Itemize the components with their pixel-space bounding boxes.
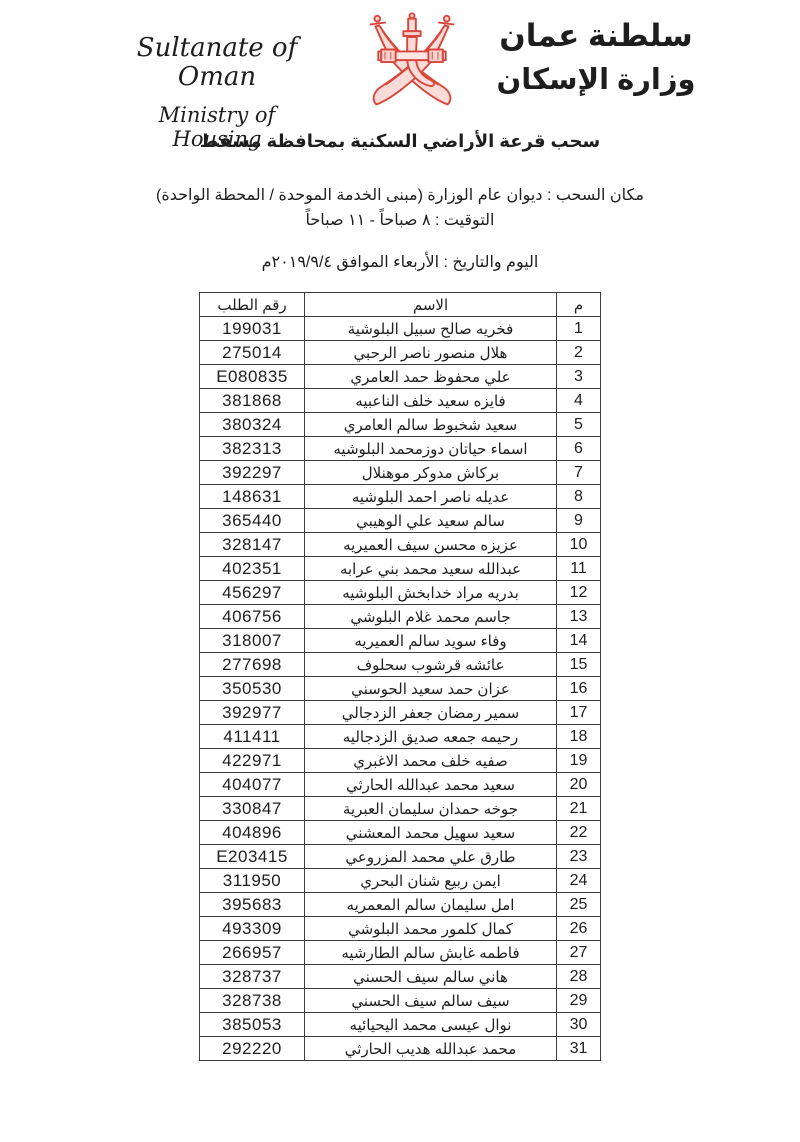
table-row: 4فايزه سعيد خلف الناعبيه381868: [200, 389, 601, 413]
serial-cell: 11: [557, 557, 601, 581]
name-cell: محمد عبدالله هديب الحارثي: [305, 1037, 557, 1061]
name-cell: فاطمه غابش سالم الطارشيه: [305, 941, 557, 965]
serial-cell: 25: [557, 893, 601, 917]
table-row: 30نوال عيسى محمد اليحيائيه385053: [200, 1013, 601, 1037]
serial-cell: 20: [557, 773, 601, 797]
request-number-cell: 275014: [200, 341, 305, 365]
name-cell: اسماء حياتان دوزمحمد البلوشيه: [305, 437, 557, 461]
request-number-cell: 328738: [200, 989, 305, 1013]
serial-cell: 29: [557, 989, 601, 1013]
draw-time-line: التوقيت : ٨ صباحاً - ١١ صباحاً: [0, 209, 800, 234]
serial-cell: 10: [557, 533, 601, 557]
serial-cell: 17: [557, 701, 601, 725]
request-number-cell: 350530: [200, 677, 305, 701]
request-number-cell: 328147: [200, 533, 305, 557]
arabic-header: سلطنة عمان وزارة الإسكان: [478, 18, 714, 97]
serial-cell: 9: [557, 509, 601, 533]
request-number-cell: 380324: [200, 413, 305, 437]
request-number-cell: 311950: [200, 869, 305, 893]
arabic-ministry-title: وزارة الإسكان: [478, 62, 714, 97]
table-row: 12بدريه مراد خدابخش البلوشيه456297: [200, 581, 601, 605]
name-cell: سالم سعيد علي الوهيبي: [305, 509, 557, 533]
serial-cell: 19: [557, 749, 601, 773]
table-header-row: م الاسم رقم الطلب: [200, 293, 601, 317]
request-number-cell: 402351: [200, 557, 305, 581]
table-row: 31محمد عبدالله هديب الحارثي292220: [200, 1037, 601, 1061]
serial-cell: 8: [557, 485, 601, 509]
request-number-column-header: رقم الطلب: [200, 293, 305, 317]
request-number-cell: 392297: [200, 461, 305, 485]
table-row: 21جوخه حمدان سليمان العبرية330847: [200, 797, 601, 821]
table-row: 17سمير رمضان جعفر الزدجالي392977: [200, 701, 601, 725]
applicants-table: م الاسم رقم الطلب 1فخريه صالح سبيل البلو…: [199, 292, 601, 1061]
draw-location-line: مكان السحب : ديوان عام الوزارة (مبنى الخ…: [0, 184, 800, 209]
name-column-header: الاسم: [305, 293, 557, 317]
serial-cell: 15: [557, 653, 601, 677]
name-cell: سعيد سهيل محمد المعشني: [305, 821, 557, 845]
table-row: 6اسماء حياتان دوزمحمد البلوشيه382313: [200, 437, 601, 461]
name-cell: فخريه صالح سبيل البلوشية: [305, 317, 557, 341]
serial-cell: 1: [557, 317, 601, 341]
table-row: 23طارق علي محمد المزروعيE203415: [200, 845, 601, 869]
name-cell: هاني سالم سيف الحسني: [305, 965, 557, 989]
serial-cell: 18: [557, 725, 601, 749]
serial-cell: 13: [557, 605, 601, 629]
name-cell: عزان حمد سعيد الحوسني: [305, 677, 557, 701]
serial-cell: 23: [557, 845, 601, 869]
table-row: 26كمال كلمور محمد البلوشي493309: [200, 917, 601, 941]
table-row: 29سيف سالم سيف الحسني328738: [200, 989, 601, 1013]
serial-cell: 26: [557, 917, 601, 941]
serial-cell: 16: [557, 677, 601, 701]
serial-cell: 31: [557, 1037, 601, 1061]
table-row: 27فاطمه غابش سالم الطارشيه266957: [200, 941, 601, 965]
request-number-cell: 493309: [200, 917, 305, 941]
request-number-cell: 318007: [200, 629, 305, 653]
serial-cell: 5: [557, 413, 601, 437]
request-number-cell: 381868: [200, 389, 305, 413]
name-cell: جاسم محمد غلام البلوشي: [305, 605, 557, 629]
name-cell: طارق علي محمد المزروعي: [305, 845, 557, 869]
name-cell: فايزه سعيد خلف الناعبيه: [305, 389, 557, 413]
serial-cell: 27: [557, 941, 601, 965]
name-cell: بركاش مدوكر موهنلال: [305, 461, 557, 485]
name-cell: سعيد شخبوط سالم العامري: [305, 413, 557, 437]
name-cell: وفاء سويد سالم العميريه: [305, 629, 557, 653]
serial-column-header: م: [557, 293, 601, 317]
table-row: 19صفيه خلف محمد الاغبري422971: [200, 749, 601, 773]
name-cell: عائشه قرشوب سحلوف: [305, 653, 557, 677]
name-cell: جوخه حمدان سليمان العبرية: [305, 797, 557, 821]
table-row: 13جاسم محمد غلام البلوشي406756: [200, 605, 601, 629]
serial-cell: 6: [557, 437, 601, 461]
request-number-cell: 456297: [200, 581, 305, 605]
serial-cell: 7: [557, 461, 601, 485]
serial-cell: 21: [557, 797, 601, 821]
request-number-cell: 406756: [200, 605, 305, 629]
request-number-cell: 382313: [200, 437, 305, 461]
table-row: 16عزان حمد سعيد الحوسني350530: [200, 677, 601, 701]
table-row: 25امل سليمان سالم المعمريه395683: [200, 893, 601, 917]
request-number-cell: 328737: [200, 965, 305, 989]
table-row: 2هلال منصور ناصر الرحبي275014: [200, 341, 601, 365]
table-row: 11عبدالله سعيد محمد بني عرابه402351: [200, 557, 601, 581]
name-cell: ايمن ربيع شنان البحري: [305, 869, 557, 893]
name-cell: هلال منصور ناصر الرحبي: [305, 341, 557, 365]
request-number-cell: 277698: [200, 653, 305, 677]
arabic-sultanate-title: سلطنة عمان: [478, 18, 714, 54]
name-cell: بدريه مراد خدابخش البلوشيه: [305, 581, 557, 605]
name-cell: امل سليمان سالم المعمريه: [305, 893, 557, 917]
table-row: 15عائشه قرشوب سحلوف277698: [200, 653, 601, 677]
table-row: 24ايمن ربيع شنان البحري311950: [200, 869, 601, 893]
serial-cell: 2: [557, 341, 601, 365]
request-number-cell: 199031: [200, 317, 305, 341]
name-cell: سعيد محمد عبدالله الحارثي: [305, 773, 557, 797]
serial-cell: 24: [557, 869, 601, 893]
request-number-cell: 330847: [200, 797, 305, 821]
request-number-cell: 148631: [200, 485, 305, 509]
table-row: 14وفاء سويد سالم العميريه318007: [200, 629, 601, 653]
name-cell: كمال كلمور محمد البلوشي: [305, 917, 557, 941]
table-row: 3علي محفوظ حمد العامريE080835: [200, 365, 601, 389]
serial-cell: 22: [557, 821, 601, 845]
serial-cell: 12: [557, 581, 601, 605]
name-cell: عديله ناصر احمد البلوشيه: [305, 485, 557, 509]
name-cell: سمير رمضان جعفر الزدجالي: [305, 701, 557, 725]
table-row: 9سالم سعيد علي الوهيبي365440: [200, 509, 601, 533]
request-number-cell: 422971: [200, 749, 305, 773]
table-row: 20سعيد محمد عبدالله الحارثي404077: [200, 773, 601, 797]
serial-cell: 4: [557, 389, 601, 413]
request-number-cell: 292220: [200, 1037, 305, 1061]
request-number-cell: 266957: [200, 941, 305, 965]
name-cell: سيف سالم سيف الحسني: [305, 989, 557, 1013]
table-row: 1فخريه صالح سبيل البلوشية199031: [200, 317, 601, 341]
serial-cell: 28: [557, 965, 601, 989]
name-cell: صفيه خلف محمد الاغبري: [305, 749, 557, 773]
table-row: 18رحيمه جمعه صديق الزدجاليه411411: [200, 725, 601, 749]
request-number-cell: E080835: [200, 365, 305, 389]
name-cell: رحيمه جمعه صديق الزدجاليه: [305, 725, 557, 749]
request-number-cell: 395683: [200, 893, 305, 917]
oman-national-emblem-icon: [348, 10, 476, 116]
request-number-cell: 385053: [200, 1013, 305, 1037]
name-cell: نوال عيسى محمد اليحيائيه: [305, 1013, 557, 1037]
request-number-cell: 365440: [200, 509, 305, 533]
document-title: سحب قرعة الأراضي السكنية بمحافظة مسقط: [0, 131, 800, 152]
table-body: 1فخريه صالح سبيل البلوشية1990312هلال منص…: [200, 317, 601, 1061]
document-page: Sultanate of Oman Ministry of Housing: [0, 0, 800, 1142]
request-number-cell: 404896: [200, 821, 305, 845]
serial-cell: 30: [557, 1013, 601, 1037]
event-info: مكان السحب : ديوان عام الوزارة (مبنى الخ…: [0, 184, 800, 234]
english-sultanate-title: Sultanate of Oman: [112, 34, 322, 91]
request-number-cell: 392977: [200, 701, 305, 725]
name-cell: عزيزه محسن سيف العميريه: [305, 533, 557, 557]
table-row: 22سعيد سهيل محمد المعشني404896: [200, 821, 601, 845]
table-row: 28هاني سالم سيف الحسني328737: [200, 965, 601, 989]
table-row: 8عديله ناصر احمد البلوشيه148631: [200, 485, 601, 509]
serial-cell: 3: [557, 365, 601, 389]
request-number-cell: 411411: [200, 725, 305, 749]
name-cell: عبدالله سعيد محمد بني عرابه: [305, 557, 557, 581]
table-row: 7بركاش مدوكر موهنلال392297: [200, 461, 601, 485]
table-row: 5سعيد شخبوط سالم العامري380324: [200, 413, 601, 437]
draw-date-line: اليوم والتاريخ : الأربعاء الموافق ٢٠١٩/٩…: [0, 252, 800, 272]
request-number-cell: 404077: [200, 773, 305, 797]
request-number-cell: E203415: [200, 845, 305, 869]
name-cell: علي محفوظ حمد العامري: [305, 365, 557, 389]
table-row: 10عزيزه محسن سيف العميريه328147: [200, 533, 601, 557]
serial-cell: 14: [557, 629, 601, 653]
